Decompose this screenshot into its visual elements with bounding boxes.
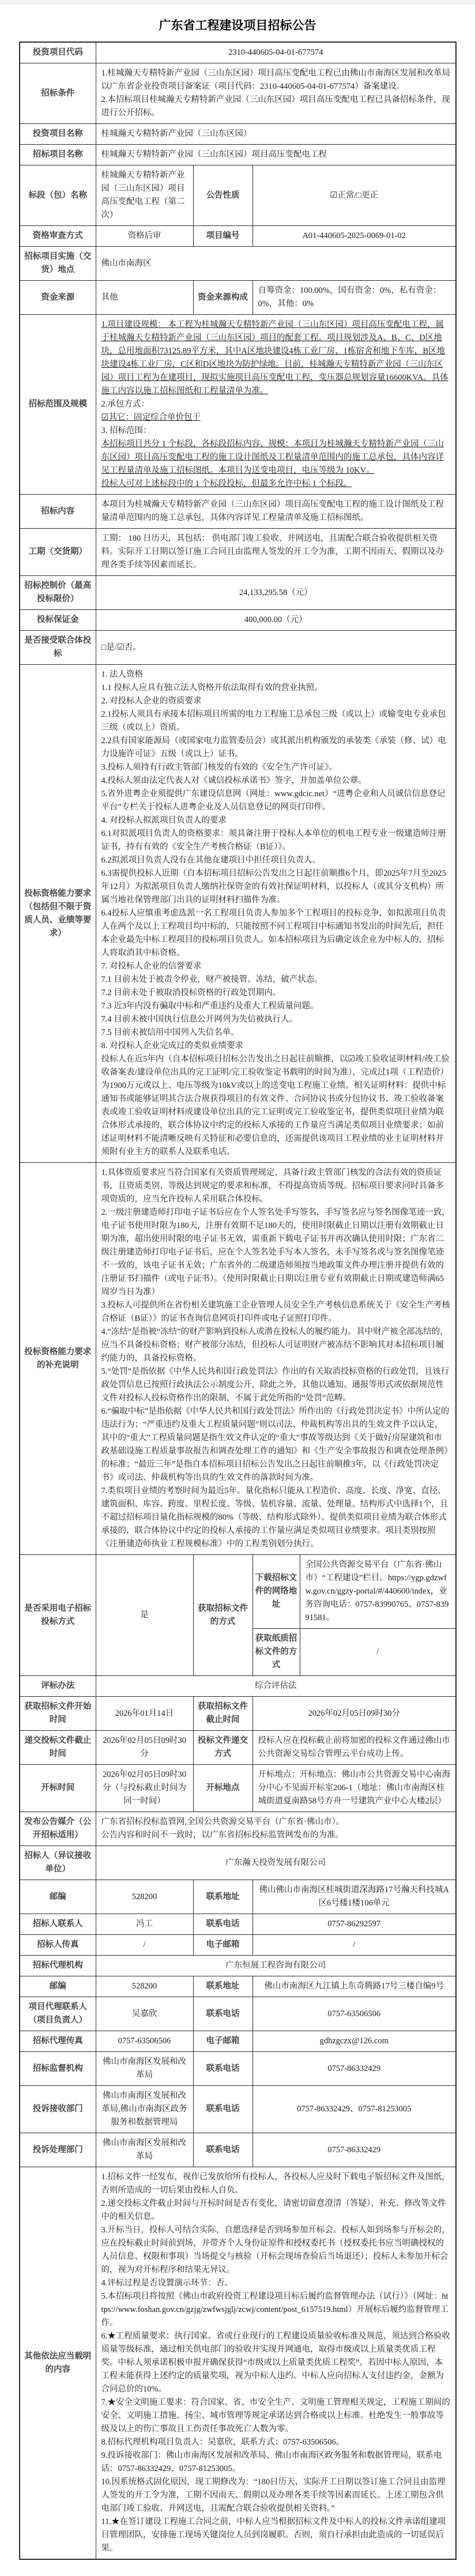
address2-label: 联系地址 [193, 1976, 252, 1997]
phone1-label: 联系电话 [193, 1914, 252, 1935]
agent-phone-value: 0757-63506506 [252, 1997, 456, 2031]
paragraph: 10.因系统格式固化原因，现工期修改为：“180日历天，实际开工日期以签订施工合… [101, 2476, 451, 2515]
paragraph: 1.具体资质要求应当符合国家有关资质管理规定，具备行政主管部门核发的合法有效的资… [101, 1166, 451, 1206]
paragraph: 3.投标人须持有行政主管部门核发的有效的《安全生产许可证》。 [101, 761, 451, 774]
agency-email-label: 电子邮箱 [193, 2031, 252, 2052]
paragraph: 3.投标人可提供所在省份相关建筑施工企业管理人员安全生产考核信息系统关于《安全生… [101, 1299, 451, 1325]
agency-email-value: gdhzgczx@126.com [252, 2031, 456, 2052]
submit-method-value: 投标人应在投标截止前将加密的投标文件通过佛山市公共资源交易综合管理云平台成功上传… [252, 1731, 456, 1765]
doc-start-time-label: 获取招标文件开始时间 [20, 1697, 96, 1731]
paragraph: ☑其它：固定综合单价包干 [101, 411, 451, 424]
email1-value: / [252, 1935, 456, 1956]
qualification-review-label: 资格审查方式 [20, 226, 96, 247]
complaint-recv-phone-label: 联系电话 [193, 2086, 252, 2133]
paragraph: 7.1 目前未处于被责令停业，财产被接管、冻结，破产状态。 [101, 973, 451, 986]
paragraph: 2.本招标项目桂城瀚天专精特新产业园（三山东区园）项目高压变配电工程已具备招标条… [101, 93, 451, 120]
paragraph: 11.★在签订建设工程施工合同之前，中标人应当根据招标文件及中标人的投标文件承诺… [101, 2515, 451, 2555]
paragraph: 6.“骗取中标”是指依据《中华人民共和国行政处罚法》所作出的《行政处罚决定书》中… [101, 1405, 451, 1485]
funding-value: 其他 [96, 281, 193, 315]
location-label: 招标项目实施（交货）地点 [20, 247, 96, 281]
agent-contact-value: 吴嘉欣 [96, 1997, 193, 2031]
table-row: 投资项目代码 2310-440605-04-01-677574 [20, 42, 456, 63]
supervisor-phone-value: 0757-86332429 [252, 2052, 456, 2086]
paragraph: 7.类似项目业绩的考察时间为最近5年。量化指标只能从工程造价、高度、长度、净宽、… [101, 1485, 451, 1551]
agent-contact-label: 项目代理联系人（项目负责人） [20, 1997, 96, 2031]
paragraph: 8. 对投标人企业完成过的类似业绩要求 [101, 1040, 451, 1053]
table-row: 投诉接收部门 佛山市南海区发展和改革局,佛山市南海区政务服务和数据管理局 联系电… [20, 2086, 456, 2133]
paragraph: 5.“处罚”是指依据《中华人民共和国行政处罚法》作出的有关取消投标资格的行政处罚… [101, 1365, 451, 1405]
table-row: 递交投标文件截止时间 2026年02月05日09时30分 投标文件递交方式 投标… [20, 1731, 456, 1765]
agency-fax-value: 0757-63506506 [96, 2031, 193, 2052]
paragraph: 1.桂城瀚天专精特新产业园（三山东区园）项目高压变配电工程已由佛山市南海区发展和… [101, 67, 451, 93]
table-row: 招标内容 本项目为桂城瀚天专精特新产业园（三山东区园）项目高压变配电工程的施工设… [20, 495, 456, 529]
paragraph: 5.省外进粤企业须提供广东建设信息网（网址：www.gdcic.net）“进粤企… [101, 788, 451, 814]
doc-end-time-value: 2026年02月05日09时30分 [252, 1697, 456, 1731]
section-name-label: 标段（包）名称 [20, 165, 96, 226]
table-row: 是否采用电子招标投标方式 是 获取招标文件的方式 下载招标文件的网络地址 全国公… [20, 1555, 456, 1629]
paragraph: 7.5 目前未被信用中国列入失信名单。 [101, 1026, 451, 1040]
tender-name-label: 招标项目名称 [20, 145, 96, 165]
funding-composition-value: 自筹资金：100.00%，国有资金：0%，私有资金：0%，其他：0% [252, 281, 456, 315]
funding-composition-label: 资金来源构成 [193, 281, 252, 315]
table-row: 投标保证金 400,000.00（元） [20, 610, 456, 631]
paragraph: 3.开标当日，投标人可结合实际，自愿选择是否到场参加开标会。投标人如到场参与开标… [101, 2224, 451, 2277]
paragraph: 7.3 近3年内没有骗取中标和严重违约及重大工程质量问题。 [101, 1000, 451, 1013]
zip1-value: 528200 [96, 1880, 193, 1914]
zip2-value: 528200 [96, 1976, 193, 1997]
control-price-value: 24,133,295.58（元） [96, 576, 456, 610]
table-row: 招标人联系人 冯工 联系电话 0757-86292597 [20, 1914, 456, 1935]
paragraph: 2. 对投标人企业的资质要求 [101, 695, 451, 708]
paragraph: 3. 招标范围： [101, 424, 451, 438]
opening-time-label: 开标时间 [20, 1765, 96, 1812]
table-row: 标段（包）名称 桂城瀚天专精特新产业园（三山东区园）项目高压变配电工程（第二次）… [20, 165, 456, 226]
table-row: 其他依法应当载明的内容 1.招标文件一经发布，视作已发放给所有投标人，各投标人应… [20, 2167, 456, 2560]
opening-place-value: 开标地点：开标地点：佛山市公共资源交易中心南海分中心不见面开标室206-1（地址… [252, 1765, 456, 1812]
table-row: 招标项目名称 桂城瀚天专精特新产业园（三山东区园）项目高压变配电工程 [20, 145, 456, 165]
evaluation-method-label: 评标办法 [20, 1676, 96, 1697]
paragraph: 4.评标过程是否设置演示环节：否。 [101, 2277, 451, 2290]
fax1-value: / [96, 1935, 193, 1956]
table-row: 招标代理传真 0757-63506506 电子邮箱 gdhzgczx@126.c… [20, 2031, 456, 2052]
paragraph: 4.投标人须由法定代表人对《诚信投标承诺书》签字，并加盖单位公章。 [101, 774, 451, 788]
doc-start-time-value: 2026年01月14日 [96, 1697, 193, 1731]
paragraph: 本招标项目共分 1 个标段，各标段招标内容、规模：本项目为桂城瀚天专精特新产业园… [101, 438, 451, 477]
bid-conditions-label: 招标条件 [20, 63, 96, 124]
address1-value: 佛山佛山市南海区桂城街道深海路17号瀚天科技城A区6号楼1楼106单元 [252, 1880, 456, 1914]
tenderer-value: 广东瀚天投资发展有限公司 [96, 1846, 456, 1880]
paper-doc-method-value: / [300, 1629, 456, 1676]
agency-fax-label: 招标代理传真 [20, 2031, 96, 2052]
qualification-req-label: 投标资格能力要求（包括但不限于资质人员、业绩等要求） [20, 665, 96, 1163]
table-row: 投标资格能力要求的补充说明 1.具体资质要求应当符合国家有关资质管理规定，具备行… [20, 1163, 456, 1555]
table-row: 招标监督机构 佛山市南海区发展和改革局 联系电话 0757-86332429 [20, 2052, 456, 2086]
table-row: 招标人（异议接收单位） 广东瀚天投资发展有限公司 [20, 1846, 456, 1880]
table-row: 邮编 528200 联系地址 佛山市南海区九江镇上东奇腾路17号三楼自编9号 [20, 1976, 456, 1997]
paragraph: 投标人在近5年内（自本招标项目招标公告发出之日起往前顺推，以☑竣工验收证明材料/… [101, 1053, 451, 1159]
paragraph: 1.1 投标人应具有独立法人资格并依法取得有效的营业执照。 [101, 681, 451, 695]
tender-name-value: 桂城瀚天专精特新产业园（三山东区园）项目高压变配电工程 [96, 145, 456, 165]
table-row: 发布公告媒介（公开招标适用） 广东省招标投标监管网,全国公共资源交易平台（广东省… [20, 1812, 456, 1846]
paragraph: 6.4投标人应慎重考虑选派一名工程项目负责人参加多个工程项目的投标竞争，如拟派项… [101, 907, 451, 960]
address2-value: 佛山市南海区九江镇上东奇腾路17号三楼自编9号 [252, 1976, 456, 1997]
paragraph: 7. 对投标人企业的信誉要求 [101, 960, 451, 973]
table-row: 招标人传真 / 电子邮箱 / [20, 1935, 456, 1956]
announcement-table: 投资项目代码 2310-440605-04-01-677574 招标条件 1.桂… [19, 42, 457, 2560]
paragraph: 1.招标文件一经发布，视作已发放给所有投标人，各投标人应及时下载电子版招标文件及… [101, 2171, 451, 2197]
supervisor-value: 佛山市南海区发展和改革局 [96, 2052, 193, 2086]
zip1-label: 邮编 [20, 1880, 96, 1914]
media-value: 广东省招标投标监管网,全国公共资源交易平台（广东省·佛山市）。公告内容和时间不一… [96, 1812, 456, 1846]
table-row: 项目代理联系人（项目负责人） 吴嘉欣 联系电话 0757-63506506 [20, 1997, 456, 2031]
doc-download-url-value: 全国公共资源交易平台（广东省·佛山市）“工程建设”栏目。https://ygp.… [300, 1555, 456, 1629]
bid-bond-value: 400,000.00（元） [96, 610, 456, 631]
notice-nature-label: 公告性质 [193, 165, 252, 226]
paragraph: 5.本招标项目将按照《佛山市政府投资工程建设项目标后履约监督管理办法（试行）》（… [101, 2290, 451, 2330]
paragraph: 公告内容和时间不一致时，以广东省招标投标监管网发布的为准。 [101, 1829, 451, 1842]
table-row: 获取招标文件开始时间 2026年01月14日 获取招标文件截止时间 2026年0… [20, 1697, 456, 1731]
scope-label: 招标范围及规模 [20, 315, 96, 495]
agency-label: 招标代理机构 [20, 1956, 96, 1976]
media-label: 发布公告媒介（公开招标适用） [20, 1812, 96, 1846]
table-row: 招标范围及规模 1.项目建设规模： 本工程为桂城瀚天专精特新产业园（三山东区园）… [20, 315, 456, 495]
other-items-value: 1.招标文件一经发布，视作已发放给所有投标人，各投标人应及时下载电子版招标文件及… [96, 2167, 456, 2560]
phone1-value: 0757-86292597 [252, 1914, 456, 1935]
project-number-value: A01-440605-2025-0069-01-02 [252, 226, 456, 247]
paper-doc-method-label: 获取纸质招标文件的方式 [252, 1629, 300, 1676]
agency-value: 广东恒展工程咨询有限公司 [96, 1956, 456, 1976]
paragraph: 7.★安全文明施工要求：符合国家、省、市安全生产、文明施工管理相关规定，工程施工… [101, 2396, 451, 2436]
table-row: 招标代理机构 广东恒展工程咨询有限公司 [20, 1956, 456, 1976]
notice-nature-value: ☑正常/□更正 [252, 165, 456, 226]
funding-label: 资金来源 [20, 281, 96, 315]
page-top-strip [0, 0, 475, 5]
tenderer-label: 招标人（异议接收单位） [20, 1846, 96, 1880]
doc-end-time-label: 获取招标文件截止时间 [193, 1697, 252, 1731]
paragraph: 6.★工程质量要求：执行国家、省或行业现行的工程建设质量验收标准及规范，须达到合… [101, 2330, 451, 2396]
section-name-value: 桂城瀚天专精特新产业园（三山东区园）项目高压变配电工程（第二次） [96, 165, 193, 226]
complaint-handle-value: 佛山市南海区发展和改革局 [96, 2133, 193, 2167]
paragraph: 8.招标代理机构项目负责人：吴嘉欣，联系方式：0757-63506506。 [101, 2436, 451, 2449]
paragraph: 2.1投标人须具有承接本招标项目所需的电力工程施工总承包三级（或以上）或输变电专… [101, 708, 451, 735]
paragraph: 4. 对投标人拟派项目负责人的要求 [101, 814, 451, 827]
table-row: 资格审查方式 资格后审 项目编号 A01-440605-2025-0069-01… [20, 226, 456, 247]
doc-download-url-label: 下载招标文件的网络地址 [252, 1555, 300, 1629]
investment-code-label: 投资项目代码 [20, 42, 96, 63]
contact1-label: 招标人联系人 [20, 1914, 96, 1935]
e-bidding-label: 是否采用电子招标投标方式 [20, 1555, 96, 1676]
table-row: 开标时间 2026年02月05日09时30分（与投标截止时间为同一时间） 开标地… [20, 1765, 456, 1812]
bid-bond-label: 投标保证金 [20, 610, 96, 631]
table-row: 评标办法 综合评估法 [20, 1676, 456, 1697]
table-row: 投诉处理部门 佛山市南海区发展和改革局 联系电话 0757-86332429 [20, 2133, 456, 2167]
qualification-notes-value: 1.具体资质要求应当符合国家有关资质管理规定，具备行政主管部门核发的合法有效的资… [96, 1163, 456, 1555]
supervisor-phone-label: 联系电话 [193, 2052, 252, 2086]
table-row: 招标条件 1.桂城瀚天专精特新产业园（三山东区园）项目高压变配电工程已由佛山市南… [20, 63, 456, 124]
paragraph: 7.4 目前未被中国执行信息公开网列为失信被执行人。 [101, 1013, 451, 1026]
table-row: 工期（交货期） 工期： 180 日历天，其包括： 供电部门竣工验收、并网送电，且… [20, 529, 456, 576]
complaint-recv-label: 投诉接收部门 [20, 2086, 96, 2133]
email1-label: 电子邮箱 [193, 1935, 252, 1956]
table-row: 资金来源 其他 资金来源构成 自筹资金：100.00%，国有资金：0%，私有资金… [20, 281, 456, 315]
consortium-value: □是/☑否。 [96, 631, 456, 665]
paragraph: 1.项目建设规模： 本工程为桂城瀚天专精特新产业园（三山东区园）项目高压变配电工… [101, 318, 451, 398]
location-value: 佛山市南海区 [96, 247, 456, 281]
zip2-label: 邮编 [20, 1976, 96, 1997]
paragraph: 6.3需提供投标人近期（自本招标项目招标公告发出之日起往前顺推6个月，即2025… [101, 867, 451, 907]
paragraph: 4.“冻结”是指被“冻结”的财产影响到投标人或潜在投标人的履约能力。其中财产被全… [101, 1325, 451, 1365]
qualification-notes-label: 投标资格能力要求的补充说明 [20, 1163, 96, 1555]
table-row: 招标项目实施（交货）地点 佛山市南海区 [20, 247, 456, 281]
paragraph: 广东省招标投标监管网,全国公共资源交易平台（广东省·佛山市）。 [101, 1816, 451, 1829]
complaint-recv-value: 佛山市南海区发展和改革局,佛山市南海区政务服务和数据管理局 [96, 2086, 193, 2133]
paragraph: 2.一级注册建造师打印电子证书后应在个人签名处手写签名，手写签名应与签名图像笔迹… [101, 1206, 451, 1299]
doc-obtain-method-label: 获取招标文件的方式 [193, 1555, 252, 1676]
qualification-req-value: 1. 法人资格1.1 投标人应具有独立法人资格并依法取得有效的营业执照。2. 对… [96, 665, 456, 1163]
complaint-handle-phone-value: 0757-86332429 [252, 2133, 456, 2167]
table-row: 投资项目名称 桂城瀚天专精特新产业园（三山东区园） [20, 124, 456, 145]
paragraph: 9.投诉接收部门：佛山市南海区发展和改革局、佛山市南海区政务服务和数据管理局，联… [101, 2449, 451, 2476]
tender-content-value: 本项目为桂城瀚天专精特新产业园（三山东区园）项目高压变配电工程的施工设计图纸及工… [96, 495, 456, 529]
supervisor-label: 招标监督机构 [20, 2052, 96, 2086]
opening-time-value: 2026年02月05日09时30分（与投标截止时间为同一时间） [96, 1765, 193, 1812]
project-number-label: 项目编号 [193, 226, 252, 247]
submit-method-label: 投标文件递交方式 [193, 1731, 252, 1765]
paragraph: 2.递交投标文件截止时间与开标时间是否有变化，请密切留意澄清（答疑）、补充、修改… [101, 2197, 451, 2224]
opening-place-label: 开标地点 [193, 1765, 252, 1812]
paragraph: 投标人可对上述标段中的 1 个标段投标，但最多允许中标 1 个标段。 [101, 477, 451, 491]
paragraph: 工期： 180 日历天，其包括： 供电部门竣工验收、并网送电，且需配合联合验收提… [101, 532, 451, 572]
paragraph: 6.2拟派项目负责人没有在其他在建项目中担任项目负责人。 [101, 854, 451, 867]
agent-phone-label: 联系电话 [193, 1997, 252, 2031]
scope-value: 1.项目建设规模： 本工程为桂城瀚天专精特新产业园（三山东区园）项目高压变配电工… [96, 315, 456, 495]
paragraph: 6.1对拟派项目负责人的资格要求：须具备注册于投标人本单位的机电工程专业一级建造… [101, 827, 451, 854]
paragraph: 2.承包方式： [101, 398, 451, 411]
submit-deadline-label: 递交投标文件截止时间 [20, 1731, 96, 1765]
e-bidding-value: 是 [96, 1555, 193, 1676]
other-items-label: 其他依法应当载明的内容 [20, 2167, 96, 2560]
page-title: 广东省工程建设项目招标公告 [0, 16, 475, 33]
investment-code-value: 2310-440605-04-01-677574 [96, 42, 456, 63]
complaint-recv-phone-value: 0757-86332429、0757-81253005 [252, 2086, 456, 2133]
evaluation-method-value: 综合评估法 [96, 1676, 456, 1697]
complaint-handle-phone-label: 联系电话 [193, 2133, 252, 2167]
tender-content-label: 招标内容 [20, 495, 96, 529]
contact1-value: 冯工 [96, 1914, 193, 1935]
submit-deadline-value: 2026年02月05日09时30分 [96, 1731, 193, 1765]
table-row: 投标资格能力要求（包括但不限于资质人员、业绩等要求） 1. 法人资格1.1 投标… [20, 665, 456, 1163]
qualification-review-value: 资格后审 [96, 226, 193, 247]
paragraph: 1. 法人资格 [101, 668, 451, 681]
address1-label: 联系地址 [193, 1880, 252, 1914]
complaint-handle-label: 投诉处理部门 [20, 2133, 96, 2167]
control-price-label: 招标控制价（最高投标限价） [20, 576, 96, 610]
invest-name-label: 投资项目名称 [20, 124, 96, 145]
paragraph: 2.2具有国家能源局（或国家电力监管委员会）或其派出机构颁发的承装类《承装（修、… [101, 735, 451, 761]
table-row: 是否接受联合体投标 □是/☑否。 [20, 631, 456, 665]
consortium-label: 是否接受联合体投标 [20, 631, 96, 665]
table-row: 招标控制价（最高投标限价） 24,133,295.58（元） [20, 576, 456, 610]
invest-name-value: 桂城瀚天专精特新产业园（三山东区园） [96, 124, 456, 145]
paragraph: 本项目为桂城瀚天专精特新产业园（三山东区园）项目高压变配电工程的施工设计图纸及工… [101, 498, 451, 525]
table-row: 邮编 528200 联系地址 佛山佛山市南海区桂城街道深海路17号瀚天科技城A区… [20, 1880, 456, 1914]
paragraph: 7.2 目前未处于被取消投标资格的行政处罚期内。 [101, 986, 451, 1000]
bid-conditions-value: 1.桂城瀚天专精特新产业园（三山东区园）项目高压变配电工程已由佛山市南海区发展和… [96, 63, 456, 124]
fax1-label: 招标人传真 [20, 1935, 96, 1956]
duration-value: 工期： 180 日历天，其包括： 供电部门竣工验收、并网送电，且需配合联合验收提… [96, 529, 456, 576]
duration-label: 工期（交货期） [20, 529, 96, 576]
